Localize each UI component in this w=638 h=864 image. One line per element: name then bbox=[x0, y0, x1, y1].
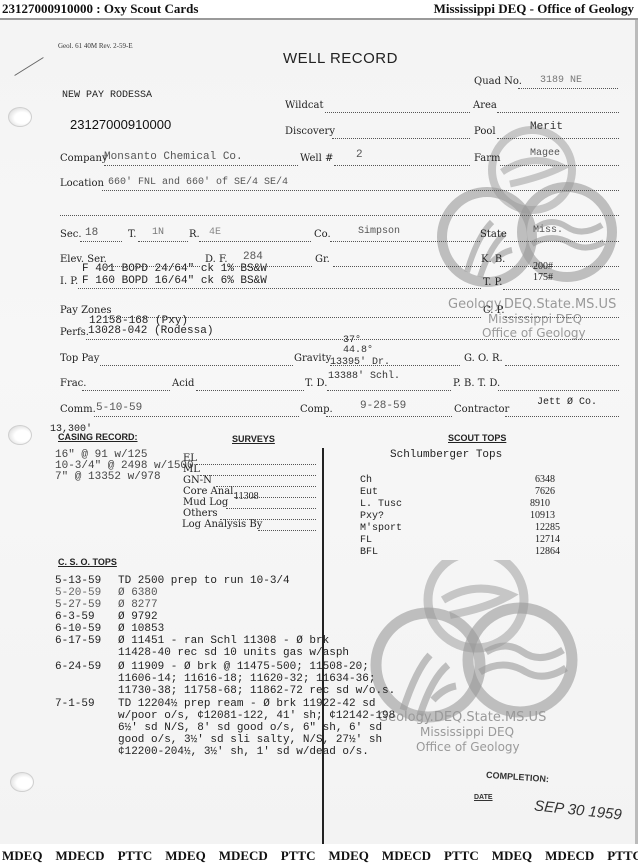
wildcat-label: Wildcat bbox=[285, 100, 323, 111]
cso-entry: good o/s, 3½' sd sli salty, N/S, 27½' sh bbox=[118, 734, 382, 746]
cso-date: 6-3-59 bbox=[55, 611, 115, 623]
cso-entry: Ø 6380 bbox=[118, 587, 158, 599]
footer-bar: MDEQMDECDPTTCMDEQMDECDPTTCMDEQMDECDPTTCM… bbox=[0, 844, 638, 864]
scout-top-name: L. Tusc bbox=[360, 499, 402, 510]
td-value-2: 13388' Schl. bbox=[328, 371, 400, 382]
cso-entry: ¢12200-204½, 3½' sh, 1' sd w/dead o/s. bbox=[118, 746, 369, 758]
cso-entry: TD 2500 prep to run 10-3/4 bbox=[118, 575, 290, 587]
frac-label: Frac. bbox=[60, 378, 86, 389]
cso-entry: 11428-40 rec sd 10 units gas w/asph bbox=[118, 647, 349, 659]
comp-label: Comp. bbox=[300, 404, 333, 415]
area-label: Area bbox=[473, 100, 497, 111]
footer-item: PTTC bbox=[607, 848, 638, 864]
kb-label: K. B. bbox=[481, 254, 505, 265]
t-value: 1N bbox=[152, 227, 164, 238]
punch-hole-icon bbox=[10, 772, 34, 792]
footer-item: MDECD bbox=[219, 848, 268, 864]
pressure-value-2: 175# bbox=[533, 272, 553, 283]
completion-stamp-label: COMPLETION: bbox=[486, 770, 550, 784]
staple-mark bbox=[14, 57, 43, 76]
scout-tops-subtitle: Schlumberger Tops bbox=[390, 449, 502, 461]
cso-entry: Ø 11909 - Ø brk @ 11475-500; 11508-20; bbox=[118, 661, 369, 673]
cp-label: C. P. bbox=[483, 305, 505, 316]
company-value: Monsanto Chemical Co. bbox=[104, 151, 243, 163]
cso-entry: 11730-38; 11758-68; 11862-72 rec sd w/o.… bbox=[118, 685, 395, 697]
quad-label: Quad No. bbox=[474, 76, 522, 87]
scout-top-name: M'sport bbox=[360, 523, 402, 534]
api-number: 23127000910000 bbox=[70, 117, 171, 132]
header-bar: 23127000910000 : Oxy Scout Cards Mississ… bbox=[0, 0, 638, 18]
cso-entry: 6½' sd N/S, 8' sd good o/s, 6" sh, 6' sd bbox=[118, 722, 382, 734]
scout-top-name: Pxy? bbox=[360, 511, 384, 522]
cso-date: 5-13-59 bbox=[55, 575, 115, 587]
scout-top-name: Eut bbox=[360, 487, 378, 498]
punch-hole-icon bbox=[8, 107, 32, 127]
df-value: 284 bbox=[243, 251, 263, 263]
perfs-value: 13028-042 (Rodessa) bbox=[88, 325, 213, 337]
footer-item: MDEQ bbox=[328, 848, 368, 864]
sec-value: 18 bbox=[85, 227, 98, 239]
county-label: Co. bbox=[314, 229, 331, 240]
pool-label: Pool bbox=[474, 126, 496, 137]
casing-row: 7" @ 13352 w/978 bbox=[55, 471, 161, 483]
cso-entry: Ø 11451 - ran Schl 11308 - Ø brk bbox=[118, 635, 329, 647]
cso-date: 6-17-59 bbox=[55, 635, 115, 647]
footer-item: PTTC bbox=[118, 848, 153, 864]
footer-item: MDEQ bbox=[2, 848, 42, 864]
deq-watermark-logo-icon bbox=[432, 122, 622, 312]
survey-ml-label: ML bbox=[183, 464, 200, 475]
field-name: NEW PAY RODESSA bbox=[62, 90, 152, 101]
ip-line-1: F 401 BOPD 24/64" ck 1% BS&W bbox=[82, 263, 267, 275]
footer-item: MDEQ bbox=[165, 848, 205, 864]
scout-top-name: Ch bbox=[360, 475, 372, 486]
state-value: Miss. bbox=[533, 225, 563, 236]
scout-top-depth: 12285 bbox=[535, 522, 560, 533]
well-value: 2 bbox=[356, 149, 363, 161]
footer-item: MDECD bbox=[382, 848, 431, 864]
contractor-value: Jett Ø Co. bbox=[537, 397, 597, 408]
location-label: Location bbox=[60, 178, 104, 189]
watermark-office: Office of Geology bbox=[416, 740, 520, 754]
gravity-value-2: 44.8° bbox=[343, 345, 373, 356]
gr-label: Gr. bbox=[315, 254, 330, 265]
comm-value: 5-10-59 bbox=[96, 402, 142, 414]
completion-date-value: SEP 30 1959 bbox=[533, 797, 622, 823]
toppay-label: Top Pay bbox=[60, 353, 99, 364]
cso-date: 7-1-59 bbox=[55, 698, 115, 710]
cso-entry: Ø 8277 bbox=[118, 599, 158, 611]
gor-label: G. O. R. bbox=[464, 353, 503, 364]
survey-mud-log-label: Mud Log bbox=[183, 497, 228, 508]
r-label: R. bbox=[189, 229, 200, 240]
gravity-label: Gravity bbox=[294, 353, 331, 364]
scout-top-name: FL bbox=[360, 535, 372, 546]
acid-label: Acid bbox=[172, 378, 194, 389]
cso-entry: w/poor o/s, ¢12081-122, 41' sh; ¢12142-1… bbox=[118, 710, 395, 722]
footer-item: PTTC bbox=[444, 848, 479, 864]
watermark-office: Office of Geology bbox=[482, 326, 586, 340]
document-title: 23127000910000 : Oxy Scout Cards bbox=[2, 1, 198, 17]
county-value: Simpson bbox=[358, 226, 400, 237]
td-value-1: 13395' Dr. bbox=[330, 357, 390, 368]
cso-date: 5-20-59 bbox=[55, 587, 115, 599]
survey-gnn-label: GN-N bbox=[183, 475, 212, 486]
cso-entry: Ø 9792 bbox=[118, 611, 158, 623]
scout-top-depth: 8910 bbox=[530, 498, 550, 509]
scout-top-depth: 7626 bbox=[535, 486, 555, 497]
footer-item: PTTC bbox=[281, 848, 316, 864]
watermark-url: Geology.DEQ.State.MS.US bbox=[378, 710, 546, 725]
surveys-heading: SURVEYS bbox=[232, 434, 275, 444]
agency-title: Mississippi DEQ - Office of Geology bbox=[434, 1, 634, 17]
cso-entry: Ø 10853 bbox=[118, 623, 164, 635]
watermark-url: Geology.DEQ.State.MS.US bbox=[448, 297, 616, 312]
quad-value: 3189 NE bbox=[540, 75, 582, 86]
pressure-value-1: 200# bbox=[533, 261, 553, 272]
survey-core-anal-label: Core Anal. bbox=[183, 486, 237, 497]
farm-value: Magee bbox=[530, 148, 560, 159]
footer-item: MDECD bbox=[545, 848, 594, 864]
state-label: State bbox=[480, 229, 507, 240]
location-value: 660' FNL and 660' of SE/4 SE/4 bbox=[108, 177, 288, 188]
pbtd-label: P. B. T. D. bbox=[453, 378, 500, 389]
discovery-label: Discovery bbox=[285, 126, 335, 137]
survey-el-label: EL bbox=[183, 453, 197, 464]
footer-item: MDEQ bbox=[492, 848, 532, 864]
sec-label: Sec. bbox=[60, 229, 82, 240]
survey-mud-log-value: 11308 bbox=[234, 491, 259, 502]
scanned-well-record: Geology.DEQ.State.MS.US Mississippi DEQ … bbox=[0, 18, 638, 844]
contractor-label: Contractor bbox=[454, 404, 509, 415]
cso-entry: TD 12204½ prep ream - Ø brk 11922-42 sd bbox=[118, 698, 375, 710]
comm-label: Comm. bbox=[60, 404, 96, 415]
cso-date: 6-10-59 bbox=[55, 623, 115, 635]
ip-line-2: F 160 BOPD 16/64" ck 6% BS&W bbox=[82, 275, 267, 287]
scout-top-name: BFL bbox=[360, 547, 378, 558]
punch-hole-icon bbox=[8, 425, 32, 445]
scout-top-depth: 10913 bbox=[530, 510, 555, 521]
scout-tops-heading: SCOUT TOPS bbox=[448, 433, 506, 443]
form-title: WELL RECORD bbox=[283, 50, 398, 67]
comp-value: 9-28-59 bbox=[360, 400, 406, 412]
completion-date-label: DATE bbox=[474, 794, 493, 801]
watermark-agency: Mississippi DEQ bbox=[420, 725, 514, 739]
survey-log-analysis-label: Log Analysis By bbox=[182, 519, 262, 530]
td-label: T. D. bbox=[305, 378, 327, 389]
t-label: T. bbox=[128, 229, 136, 240]
pool-value: Merit bbox=[530, 121, 563, 133]
ip-label: I. P. bbox=[60, 276, 78, 287]
farm-label: Farm bbox=[474, 153, 500, 164]
survey-others-label: Others bbox=[183, 508, 218, 519]
r-value: 4E bbox=[209, 227, 221, 238]
perfs-label: Perfs. bbox=[60, 327, 89, 338]
tp-label: T. P. bbox=[483, 277, 502, 288]
footer-item: MDECD bbox=[55, 848, 104, 864]
company-label: Company bbox=[60, 153, 108, 164]
cso-tops-heading: C. S. O. TOPS bbox=[58, 557, 117, 567]
cso-date: 6-24-59 bbox=[55, 661, 115, 673]
scout-top-depth: 12864 bbox=[535, 546, 560, 557]
scout-top-depth: 6348 bbox=[535, 474, 555, 485]
cso-date: 5-27-59 bbox=[55, 599, 115, 611]
form-code: Geol. 61 40M Rev. 2-59-E bbox=[58, 42, 133, 50]
cso-entry: 11606-14; 11616-18; 11620-32; 11634-36; bbox=[118, 673, 375, 685]
scout-top-depth: 12714 bbox=[535, 534, 560, 545]
well-label: Well # bbox=[300, 153, 333, 164]
casing-record-heading: CASING RECORD: bbox=[58, 432, 138, 442]
